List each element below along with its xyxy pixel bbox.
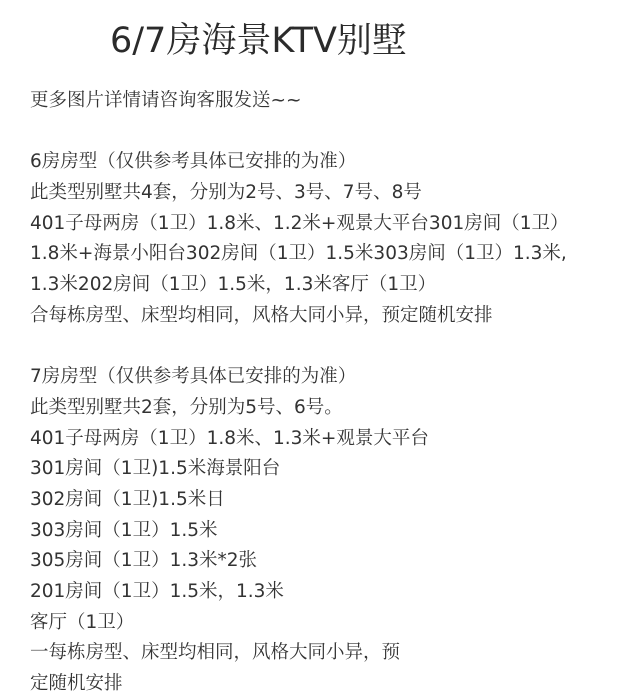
section-line: 1.3米202房间（1卫）1.5米，1.3米客厅（1卫） (30, 270, 620, 301)
page-title: 6/7房海景KTV别墅 (110, 16, 407, 66)
section-line: 401子母两房（1卫）1.8米、1.2米+观景大平台301房间（1卫） (30, 209, 620, 240)
section-line: 303房间（1卫）1.5米 (30, 516, 620, 547)
spacer (30, 117, 620, 148)
section-line: 1.8米+海景小阳台302房间（1卫）1.5米303房间（1卫）1.3米, (30, 239, 620, 270)
section-line: 此类型别墅共2套，分别为5号、6号。 (30, 393, 620, 424)
section-heading: 6房房型（仅供参考具体已安排的为准） (30, 147, 620, 178)
section-line: 客厅（1卫） (30, 608, 620, 639)
section-line: 302房间（1卫)1.5米日 (30, 485, 620, 516)
section-line: 301房间（1卫)1.5米海景阳台 (30, 454, 620, 485)
section-line: 合每栋房型、床型均相同，风格大同小异，预定随机安排 (30, 301, 620, 332)
section-line: 305房间（1卫）1.3米*2张 (30, 546, 620, 577)
document-body: 更多图片详情请咨询客服发送~~ 6房房型（仅供参考具体已安排的为准） 此类型别墅… (30, 86, 620, 700)
section-heading: 7房房型（仅供参考具体已安排的为准） (30, 362, 620, 393)
section-6-room: 6房房型（仅供参考具体已安排的为准） 此类型别墅共4套，分别为2号、3号、7号、… (30, 147, 620, 331)
section-line: 定随机安排 (30, 669, 620, 700)
section-line: 此类型别墅共4套，分别为2号、3号、7号、8号 (30, 178, 620, 209)
section-7-room: 7房房型（仅供参考具体已安排的为准） 此类型别墅共2套，分别为5号、6号。 40… (30, 362, 620, 700)
section-line: 401子母两房（1卫）1.8米、1.3米+观景大平台 (30, 424, 620, 455)
section-line: 一每栋房型、床型均相同，风格大同小异，预 (30, 638, 620, 669)
intro-text: 更多图片详情请咨询客服发送~~ (30, 86, 620, 117)
section-line: 201房间（1卫）1.5米，1.3米 (30, 577, 620, 608)
spacer (30, 332, 620, 363)
